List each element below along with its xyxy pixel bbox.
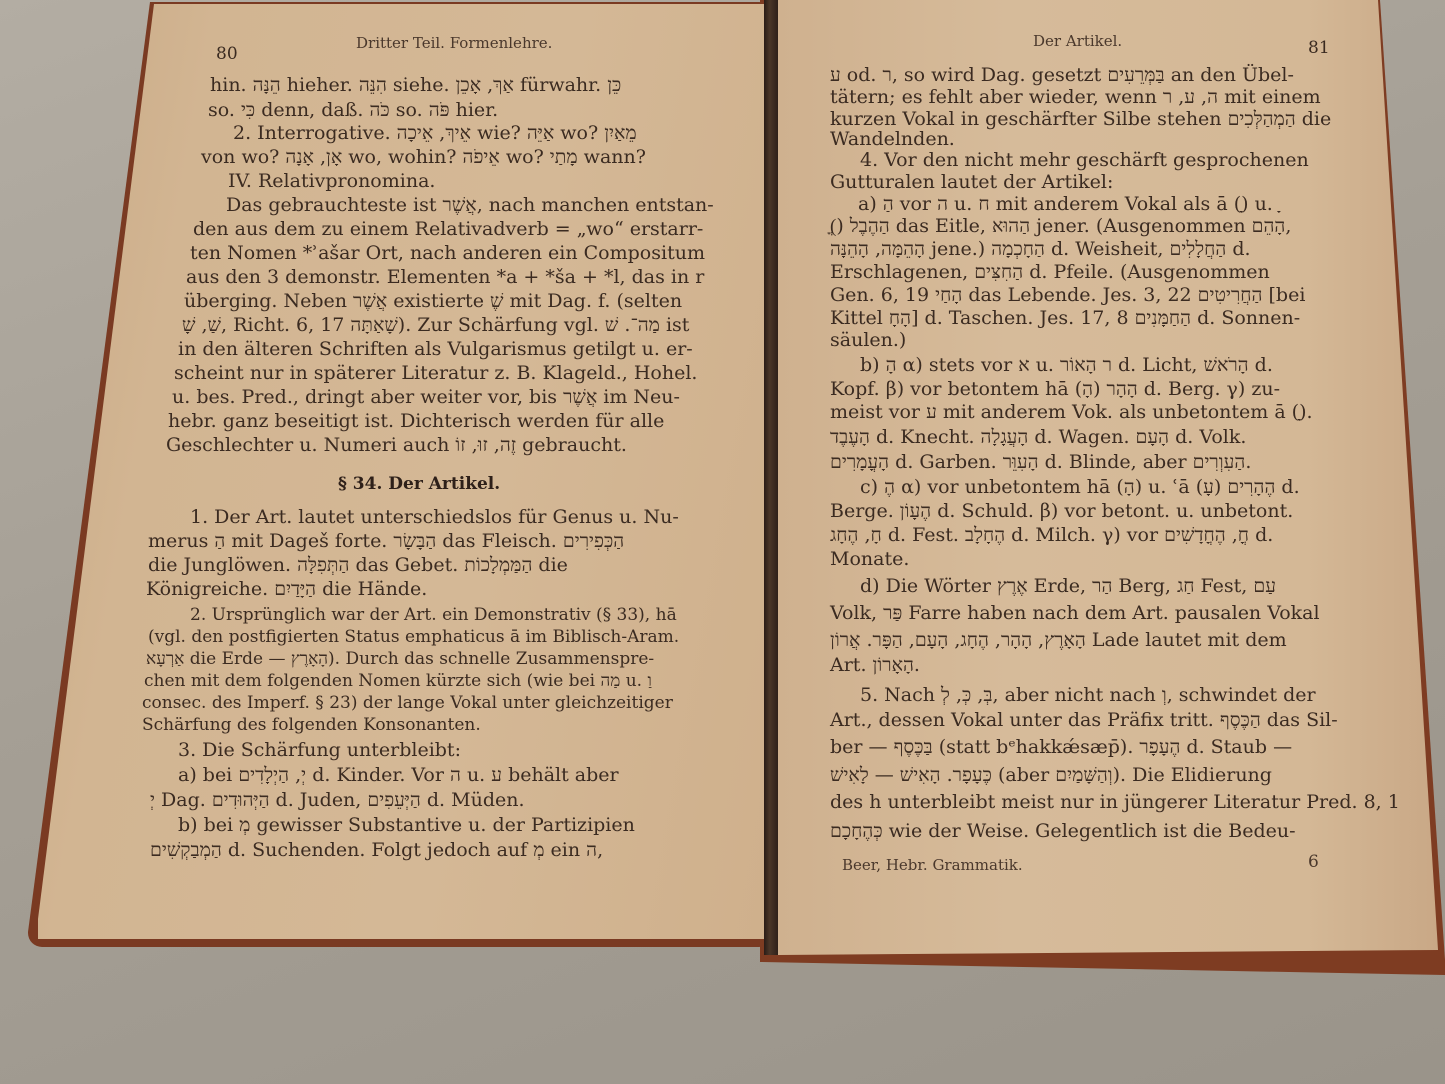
text-line: ע od. ר, so wird Dag. gesetzt בַּמְּרֵעִ… [830,66,1294,85]
text-line: überging. Neben אֲשֶׁר existierte שֶׁ mi… [184,292,682,311]
text-line: kurzen Vokal in geschärfter Silbe stehen… [830,110,1331,129]
text-line: c) הֶ α) vor unbetontem hā (הָ) u. ʿā (ע… [860,478,1300,497]
text-line: 2. Ursprünglich war der Art. ein Demonst… [190,607,677,624]
text-line: in den älteren Schriften als Vulgarismus… [178,340,693,359]
text-line: ber — בַּכֶּסֶף (statt bᵉhakkǽsæp̄). הֶע… [830,738,1292,757]
text-line: tätern; es fehlt aber wieder, wenn ה, ע,… [830,88,1321,107]
right-page: Der Artikel. 81 ע od. ר, so wird Dag. ge… [778,0,1438,955]
text-line: die Junglöwen. הַתְּפִלָּה das Gebet. הַ… [148,556,568,575]
text-line: scheint nur in späterer Literatur z. B. … [174,364,697,383]
text-line: Art., dessen Vokal unter das Präfix trit… [830,711,1338,730]
text-line: שַׁ, שָׁ, Richt. 6, 17 שָׁאַתָּה). Zur S… [182,316,689,335]
text-line: 4. Vor den nicht mehr geschärft gesproch… [860,151,1309,170]
page-number: 80 [216,44,238,64]
text-line: Geschlechter u. Numeri auch זֶה, זוּ, זו… [166,436,627,455]
text-line: hebr. ganz beseitigt ist. Dichterisch we… [168,412,664,431]
text-line: d) Die Wörter אֶרֶץ Erde, הַר Berg, חַג … [860,577,1276,596]
text-line: 2. Interrogative. אֵיךְ, אֵיכָה wie? אַי… [233,124,637,143]
text-line: הָעֳמָרִים d. Garben. הָעִוֵּר d. Blinde… [830,453,1251,472]
open-book: 80 Dritter Teil. Formenlehre. hin. הֵנָּ… [0,0,1445,1084]
text-line: 5. Nach בְּ, כְּ, לְ, aber nicht nach וְ… [860,686,1316,705]
signature-line: Beer, Hebr. Grammatik. [842,856,1023,874]
book-spine [764,0,778,955]
text-line: a) bei יְ, הַיְלָדִים d. Kinder. Vor ה u… [178,766,619,785]
text-line: so. כִּי denn, daß. כֹּה so. פֹּה hier. [208,101,498,120]
text-line: Kopf. β) vor betontem hā (הָ) הָהָר d. B… [830,380,1280,399]
text-line: הָאָרֶץ, הָהָר, הֶחָג, הָעָם, הַפָּר. אֲ… [830,631,1287,650]
text-line: Monate. [830,550,909,569]
text-line: des h unterbleibt meist nur in jüngerer … [830,793,1400,812]
text-line: ten Nomen *ʾašar Ort, nach anderen ein C… [190,244,705,263]
text-line: חָ, הֶחָג d. Fest. הֶחָלָב d. Milch. γ) … [830,526,1273,545]
text-line: אַרְעָא die Erde — הָאָרֶץ). Durch das s… [146,651,654,668]
text-line: 3. Die Schärfung unterbleibt: [178,741,461,760]
text-line: (vgl. den postfigierten Status emphaticu… [148,629,679,646]
sheet-number: 6 [1308,852,1319,872]
text-line: b) הָ α) stets vor א u. ר הָאוֹר d. Lich… [860,356,1273,375]
text-line: כֶּעָפָר. הָאִישׁ — לָאִישׁ (aber וְהַשָ… [830,766,1272,785]
text-line: יְ Dag. הַיְּהוּדִים d. Juden, הַיְּעֵפִ… [150,791,525,810]
text-line: 1. Der Art. lautet unterschiedslos für G… [190,508,679,527]
text-line: von wo? אָן, אָנָה wo, wohin? אֵיפֹה wo?… [201,148,646,167]
running-head: Dritter Teil. Formenlehre. [356,34,552,52]
page-number: 81 [1308,38,1330,58]
text-line: Gutturalen lautet der Artikel: [830,173,1113,192]
text-line: Wandelnden. [830,130,955,149]
text-line: הָהֵמָּה, הָהֵנָּה jene.) הַחָכְמָה d. W… [830,240,1251,259]
running-head: Der Artikel. [1033,32,1122,50]
text-line: chen mit dem folgenden Nomen kürzte sich… [144,673,652,690]
text-line: a) הַ vor ה u. ח mit anderem Vokal als ā… [858,195,1279,214]
text-line: säulen.) [830,331,906,350]
text-line: Gen. 6, 19 הָחַי das Lebende. Jes. 3, 22… [830,286,1305,305]
text-line: den aus dem zu einem Relativadverb = „wo… [193,220,703,239]
text-line: b) bei מְ gewisser Substantive u. der Pa… [178,816,635,835]
text-line: Berge. הֶעָוֹן d. Schuld. β) vor betont.… [830,502,1293,521]
text-line: Schärfung des folgenden Konsonanten. [142,717,481,734]
text-line: merus הַ mit Dageš forte. הַבָּשָׂר das … [148,532,624,551]
text-line: Königreiche. הַיָּדַיִם die Hände. [146,580,427,599]
subheading: IV. Relativpronomina. [228,172,435,191]
text-line: Erschlagenen, הַחִצִּים d. Pfeile. (Ausg… [830,263,1270,282]
text-line: meist vor ע mit anderem Vok. als unbeton… [830,403,1313,422]
section-title: § 34. Der Artikel. [338,474,500,494]
text-line: hin. הֵנָּה hieher. הִנֵּה siehe. אַךְ, … [210,76,621,95]
text-line: הָעֶבֶד d. Knecht. הָעֲגָלָה d. Wagen. ה… [830,428,1246,447]
text-line: Art. הָאָרוֹן. [830,656,920,675]
text-line: Volk, פַּר Farre haben nach dem Art. pau… [830,604,1320,623]
text-line: כְּהֶחָכָם wie der Weise. Gelegentlich i… [830,822,1296,841]
left-page: 80 Dritter Teil. Formenlehre. hin. הֵנָּ… [38,4,768,939]
text-line: Das gebrauchteste ist אֲשֶׁר, nach manch… [226,196,714,215]
text-line: aus den 3 demonstr. Elementen *a + *ša +… [186,268,704,287]
text-line: הַמְבַקְשִׁים d. Suchenden. Folgt jedoch… [150,841,603,860]
text-line: u. bes. Pred., dringt aber weiter vor, b… [172,388,680,407]
text-line: (ֳ) הַהֶבֶל das Eitle, הַהוּא jener. (Au… [830,217,1291,236]
text-line: Kittel הָחָ] d. Taschen. Jes. 17, 8 הַחַ… [830,309,1300,328]
text-line: consec. des Imperf. § 23) der lange Voka… [142,695,673,712]
